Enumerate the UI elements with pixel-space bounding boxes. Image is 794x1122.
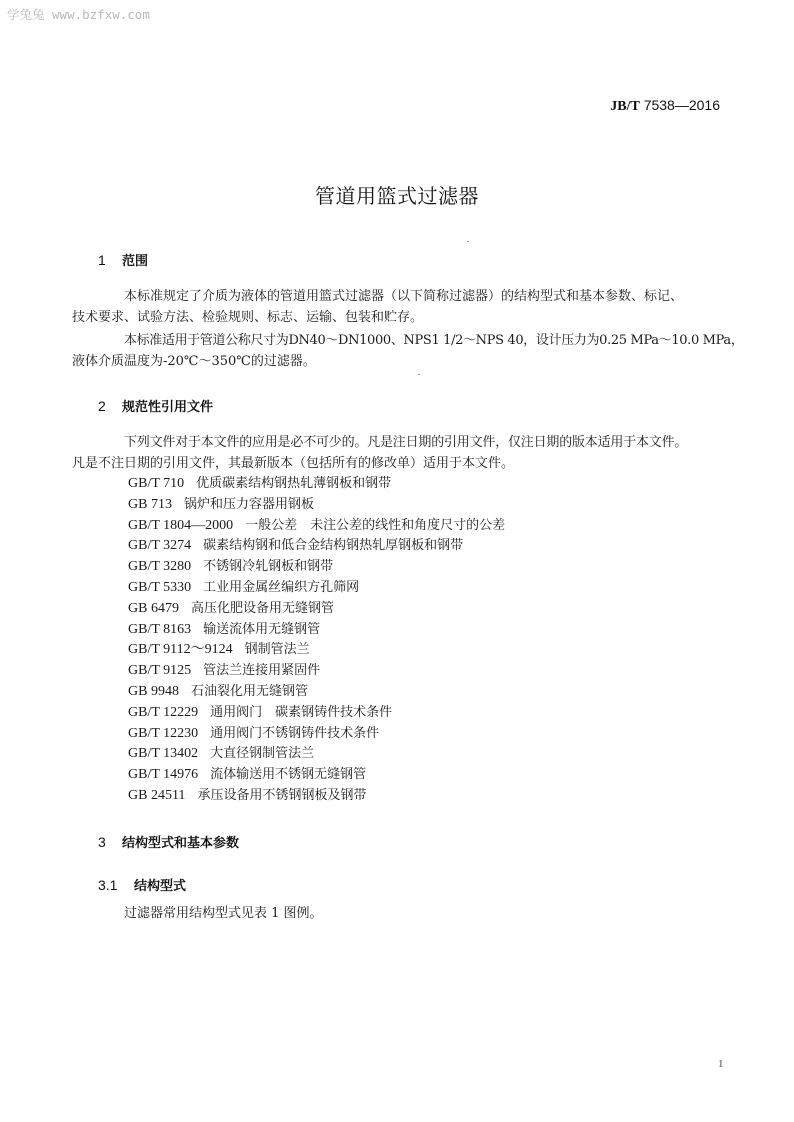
reference-title: 锅炉和压力容器用钢板 (184, 497, 314, 512)
reference-title: 钢制管法兰 (245, 642, 310, 657)
reference-title: 石油裂化用无缝钢管 (191, 684, 308, 699)
scan-speck (467, 241, 469, 242)
reference-code: GB/T 5330 (128, 580, 191, 595)
section-1-heading: 1范围 (98, 250, 148, 269)
reference-title: 管法兰连接用紧固件 (203, 663, 320, 678)
reference-title: 通用阀门 碳素钢铸件技术条件 (210, 705, 392, 720)
section-1-paragraph-2: 本标准适用于管道公称尺寸为DN40～DN1000、NPS1 1/2～NPS 40… (98, 330, 723, 372)
reference-item: GB/T 3274碳素结构钢和低合金结构钢热轧厚钢板和钢带 (128, 536, 505, 557)
paragraph-line: 本标准规定了介质为液体的管道用篮式过滤器（以下简称过滤器）的结构型式和基本参数、… (98, 286, 723, 307)
reference-code: GB/T 9112～9124 (128, 642, 233, 657)
reference-title: 一般公差 未注公差的线性和角度尺寸的公差 (245, 518, 505, 533)
reference-code: GB/T 8163 (128, 622, 191, 637)
section-number: 3 (98, 834, 122, 850)
reference-code: GB 6479 (128, 601, 179, 616)
standard-prefix: JB/T (610, 99, 640, 114)
section-title: 结构型式 (134, 879, 186, 894)
reference-code: GB 713 (128, 497, 172, 512)
paragraph-line: 凡是不注日期的引用文件，其最新版本（包括所有的修改单）适用于本文件。 (72, 453, 723, 474)
reference-item: GB 6479高压化肥设备用无缝钢管 (128, 599, 505, 620)
reference-title: 工业用金属丝编织方孔筛网 (203, 580, 359, 595)
reference-item: GB/T 9112～9124钢制管法兰 (128, 640, 505, 661)
section-3-1-paragraph-1: 过滤器常用结构型式见表 1 图例。 (98, 903, 723, 924)
section-2-paragraph-1: 下列文件对于本文件的应用是必不可少的。凡是注日期的引用文件，仅注日期的版本适用于… (98, 432, 723, 474)
section-2-heading: 2规范性引用文件 (98, 396, 213, 415)
reference-code: GB/T 3280 (128, 559, 191, 574)
reference-item: GB/T 3280不锈钢冷轧钢板和钢带 (128, 557, 505, 578)
reference-item: GB/T 1804—2000一般公差 未注公差的线性和角度尺寸的公差 (128, 516, 505, 537)
reference-item: GB/T 12230通用阀门不锈钢铸件技术条件 (128, 724, 505, 745)
section-3-1-heading: 3.1结构型式 (98, 875, 186, 894)
reference-title: 通用阀门不锈钢铸件技术条件 (210, 726, 379, 741)
reference-item: GB/T 13402大直径钢制管法兰 (128, 744, 505, 765)
scan-speck (418, 374, 420, 375)
paragraph-line: 本标准适用于管道公称尺寸为DN40～DN1000、NPS1 1/2～NPS 40… (98, 330, 723, 351)
document-title: 管道用篮式过滤器 (0, 180, 794, 209)
reference-item: GB/T 8163输送流体用无缝钢管 (128, 620, 505, 641)
reference-title: 碳素结构钢和低合金结构钢热轧厚钢板和钢带 (203, 538, 463, 553)
reference-item: GB/T 9125管法兰连接用紧固件 (128, 661, 505, 682)
reference-code: GB/T 13402 (128, 746, 198, 761)
page-number: 1 (718, 1058, 724, 1070)
section-number: 3.1 (98, 877, 134, 893)
reference-title: 大直径钢制管法兰 (210, 746, 314, 761)
reference-code: GB/T 710 (128, 476, 184, 491)
section-1-paragraph-1: 本标准规定了介质为液体的管道用篮式过滤器（以下简称过滤器）的结构型式和基本参数、… (98, 286, 723, 328)
reference-code: GB/T 9125 (128, 663, 191, 678)
section-title: 范围 (122, 254, 148, 269)
section-title: 规范性引用文件 (122, 400, 213, 415)
section-number: 2 (98, 398, 122, 414)
section-title: 结构型式和基本参数 (122, 836, 239, 851)
section-number: 1 (98, 252, 122, 268)
paragraph-line: 过滤器常用结构型式见表 1 图例。 (98, 903, 723, 924)
reference-code: GB/T 3274 (128, 538, 191, 553)
standard-number: 7538—2016 (644, 97, 720, 113)
reference-code: GB/T 12230 (128, 726, 198, 741)
reference-item: GB/T 710优质碳素结构钢热轧薄钢板和钢带 (128, 474, 505, 495)
reference-code: GB 24511 (128, 788, 185, 803)
reference-title: 高压化肥设备用无缝钢管 (191, 601, 334, 616)
reference-code: GB/T 12229 (128, 705, 198, 720)
reference-title: 流体输送用不锈钢无缝钢管 (210, 767, 366, 782)
reference-title: 承压设备用不锈钢钢板及钢带 (197, 788, 366, 803)
normative-references-list: GB/T 710优质碳素结构钢热轧薄钢板和钢带 GB 713锅炉和压力容器用钢板… (128, 474, 505, 807)
reference-code: GB 9948 (128, 684, 179, 699)
reference-item: GB/T 5330工业用金属丝编织方孔筛网 (128, 578, 505, 599)
reference-code: GB/T 14976 (128, 767, 198, 782)
standard-code: JB/T 7538—2016 (610, 97, 720, 115)
reference-item: GB 9948石油裂化用无缝钢管 (128, 682, 505, 703)
paragraph-line: 技术要求、试验方法、检验规则、标志、运输、包装和贮存。 (72, 307, 723, 328)
reference-item: GB 713锅炉和压力容器用钢板 (128, 495, 505, 516)
reference-item: GB/T 14976流体输送用不锈钢无缝钢管 (128, 765, 505, 786)
reference-title: 不锈钢冷轧钢板和钢带 (203, 559, 333, 574)
reference-title: 输送流体用无缝钢管 (203, 622, 320, 637)
reference-title: 优质碳素结构钢热轧薄钢板和钢带 (196, 476, 391, 491)
reference-item: GB 24511承压设备用不锈钢钢板及钢带 (128, 786, 505, 807)
reference-code: GB/T 1804—2000 (128, 518, 233, 533)
watermark-text: 学兔兔 www.bzfxw.com (7, 5, 150, 23)
paragraph-line: 下列文件对于本文件的应用是必不可少的。凡是注日期的引用文件，仅注日期的版本适用于… (98, 432, 723, 453)
section-3-heading: 3结构型式和基本参数 (98, 832, 239, 851)
paragraph-line: 液体介质温度为-20℃～350℃的过滤器。 (72, 351, 723, 372)
reference-item: GB/T 12229通用阀门 碳素钢铸件技术条件 (128, 703, 505, 724)
